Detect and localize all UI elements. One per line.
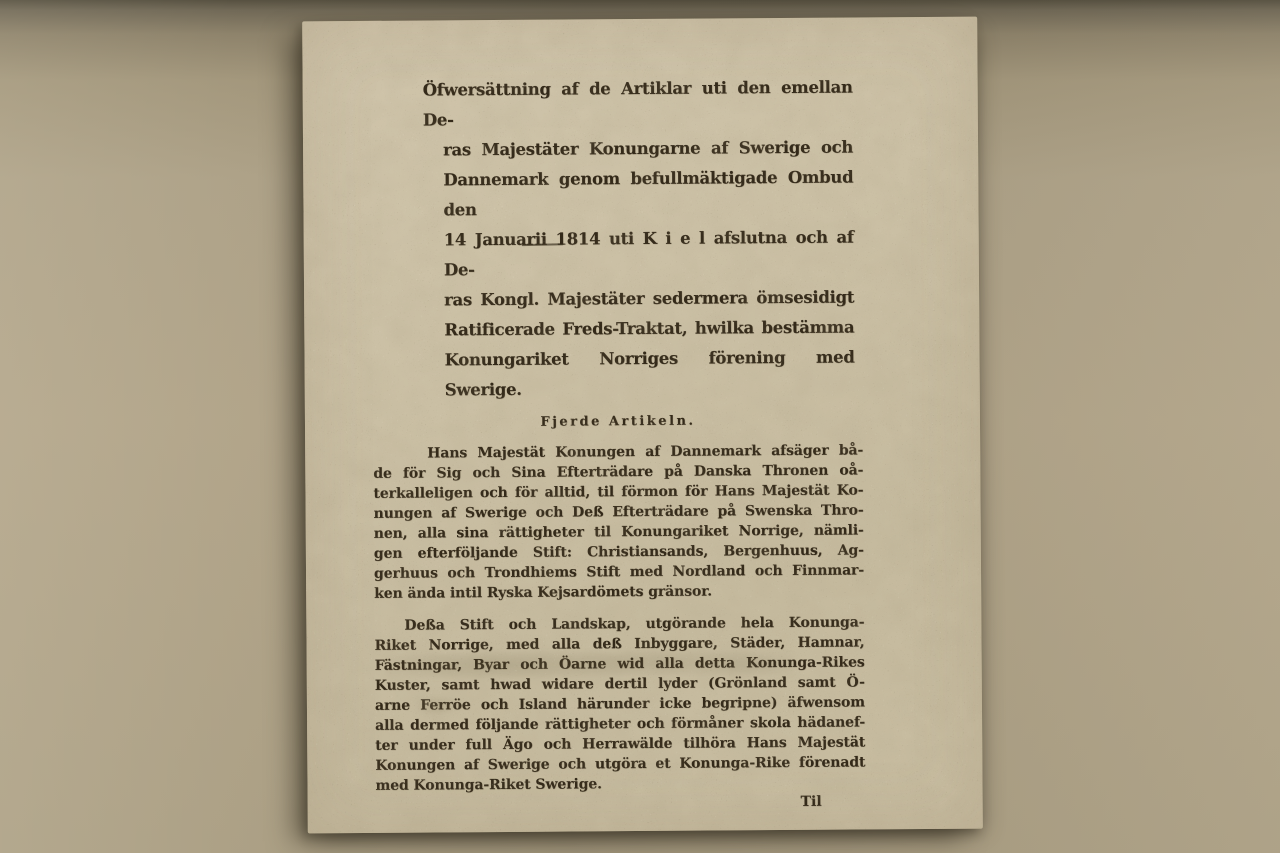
text-line: 14 Januarii 1814 uti K i e l afslutna oc…	[444, 223, 854, 286]
text-line: ras Majestäter Konungarne af Swerige och	[443, 133, 853, 166]
show-through-ghost	[385, 650, 795, 679]
text-line: ras Kongl. Majestäter sedermera ömsesidi…	[444, 283, 854, 316]
text-line: ken ända intil Ryska Kejsardömets gränso…	[374, 580, 864, 603]
text-line: gerhuus och Trondhiems Stift med Nordlan…	[374, 560, 864, 583]
text-line: Ratificerade Freds-Traktat, hwilka bestä…	[444, 313, 854, 346]
text-line: Öfwersättning af de Artiklar uti den eme…	[423, 73, 853, 136]
text-line: Konungariket Norriges förening med Sweri…	[444, 343, 854, 406]
document-content: Öfwersättning af de Artiklar uti den eme…	[302, 17, 866, 815]
text-line: Konungen af Swerige och utgöra et Konung…	[375, 752, 865, 775]
paper-stain	[403, 696, 473, 714]
paragraph-1: Hans Majestät Konungen af Dannemark afsä…	[373, 440, 864, 603]
text-line: Dannemark genom befullmäktigade Ombud de…	[443, 163, 853, 226]
backdrop: Öfwersättning af de Artiklar uti den eme…	[0, 0, 1280, 853]
section-heading: Fjerde Artikeln.	[373, 411, 863, 431]
document-heading: Öfwersättning af de Artiklar uti den eme…	[443, 73, 855, 406]
document-page: Öfwersättning af de Artiklar uti den eme…	[302, 17, 983, 834]
